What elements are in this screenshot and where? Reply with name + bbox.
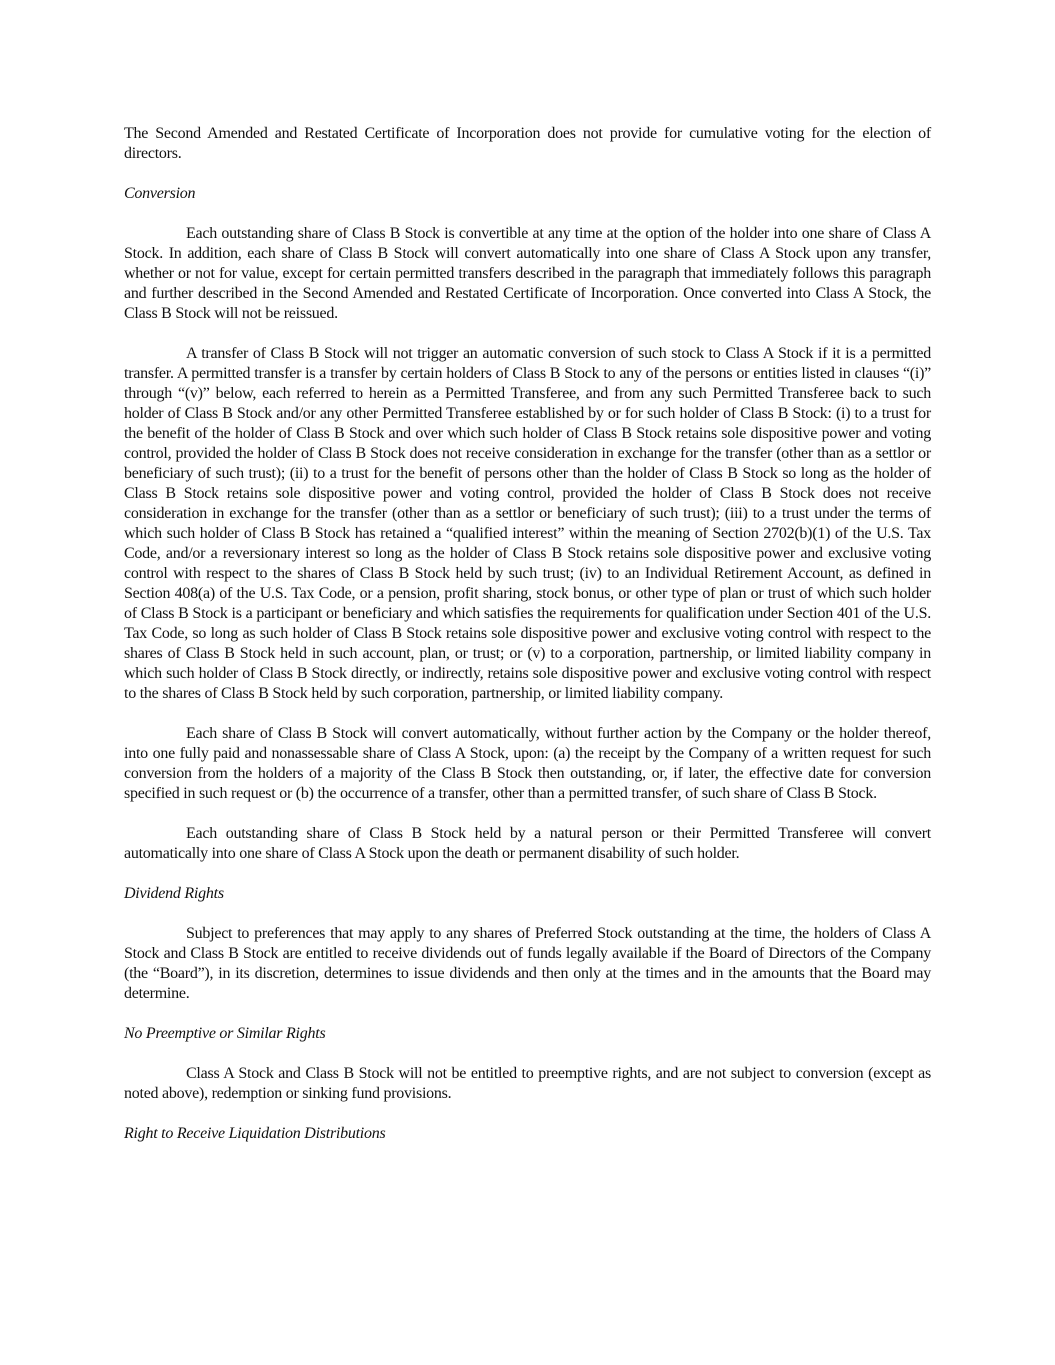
heading-conversion: Conversion: [124, 184, 931, 204]
heading-no-preemptive-rights: No Preemptive or Similar Rights: [124, 1024, 931, 1044]
paragraph-no-preemptive-rights: Class A Stock and Class B Stock will not…: [124, 1064, 931, 1104]
heading-liquidation-distributions: Right to Receive Liquidation Distributio…: [124, 1124, 931, 1144]
heading-dividend-rights: Dividend Rights: [124, 884, 931, 904]
paragraph-permitted-transfers: A transfer of Class B Stock will not tri…: [124, 344, 931, 704]
paragraph-automatic-conversion: Each share of Class B Stock will convert…: [124, 724, 931, 804]
paragraph-cumulative-voting: The Second Amended and Restated Certific…: [124, 124, 931, 164]
document-page: The Second Amended and Restated Certific…: [124, 124, 931, 1164]
paragraph-dividend-rights: Subject to preferences that may apply to…: [124, 924, 931, 1004]
paragraph-conversion-option: Each outstanding share of Class B Stock …: [124, 224, 931, 324]
paragraph-death-disability: Each outstanding share of Class B Stock …: [124, 824, 931, 864]
